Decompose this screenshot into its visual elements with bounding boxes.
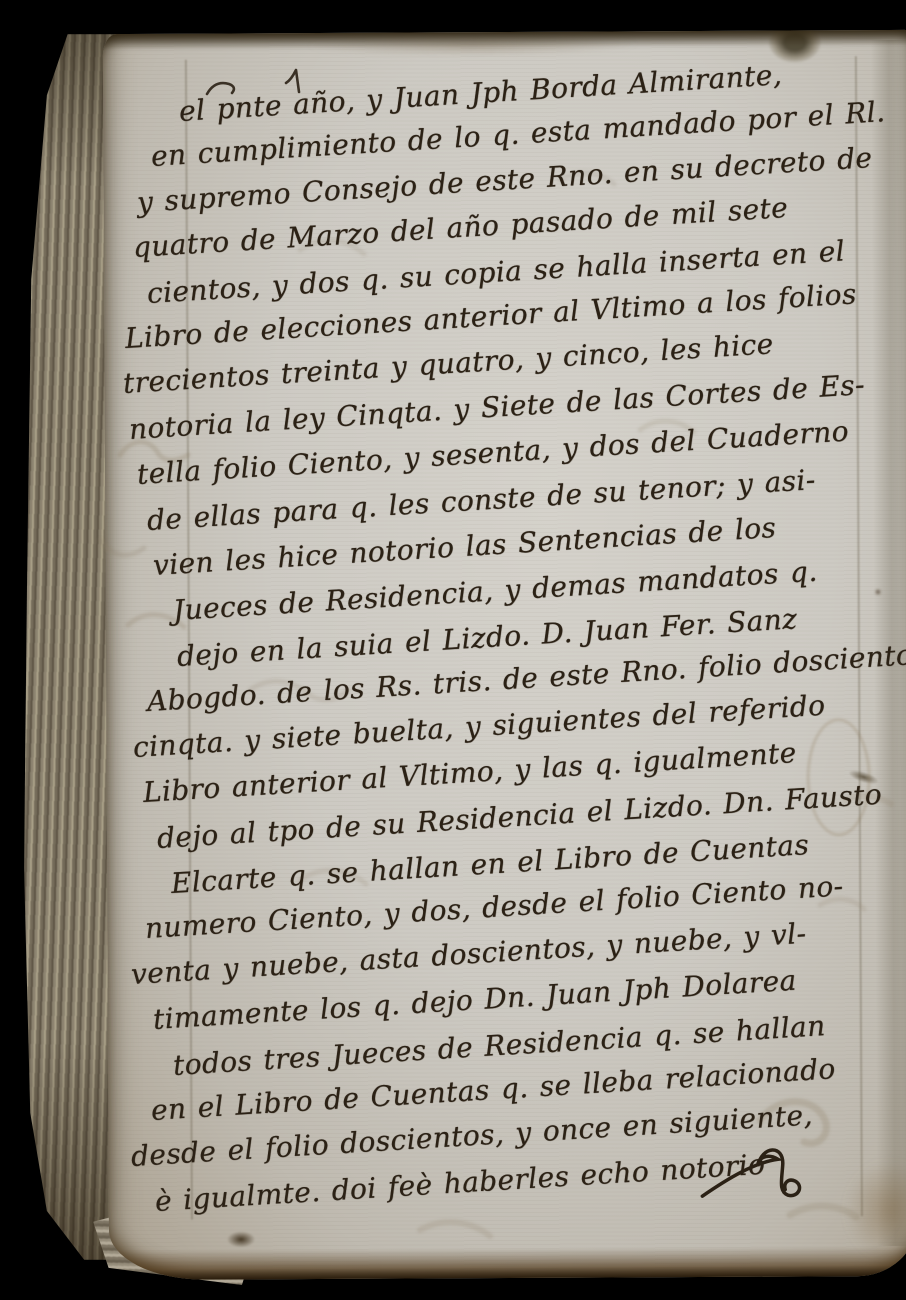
manuscript-text: el pnte año, y Juan Jph Borda Almirante,… [0, 0, 906, 1300]
scribal-rubric-flourish [690, 1131, 831, 1233]
manuscript-photo: el pnte año, y Juan Jph Borda Almirante,… [0, 0, 906, 1300]
